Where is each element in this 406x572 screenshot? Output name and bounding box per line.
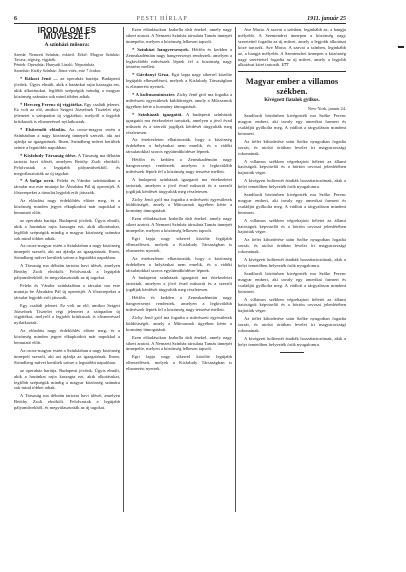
page-header: 6 PESTI HÍRLAP 1911. január 25 — [14, 12, 346, 22]
news-item: * Kisfaludy Társaság ülése. A Társaság m… — [14, 153, 120, 177]
news-item: * A bolga orrú. Feleki és Vándor színház… — [14, 178, 120, 196]
news-item: Zichy Jenő gróf ma fogadta a művészeti e… — [126, 315, 232, 333]
news-item: Egri lapja nagy sikerrel közölte legújab… — [126, 354, 232, 372]
article-paragraph: Az ítélet kihirdetése után Szőke nyugodt… — [238, 139, 346, 157]
news-item: A budapesti színházak igazgatói ma értek… — [126, 177, 232, 195]
article-paragraph: Az ítélet kihirdetése után Szőke nyugodt… — [238, 316, 346, 334]
section-rule — [238, 71, 346, 72]
news-item: Az értekezleten elhatározták, hogy a köz… — [126, 256, 232, 274]
news-item: Ave Maria. A szavai a színben, leginkább… — [238, 27, 346, 68]
news-item: Ezen előadásokon Izabella dalt énekel, a… — [126, 335, 232, 353]
article-paragraph: A kivégzett holttestét átadták hozzátart… — [238, 178, 346, 190]
news-item: Hétfőn és kedden a Zeneakadémián nagy ha… — [126, 157, 232, 175]
page-reference: 177 — [282, 62, 289, 67]
page-number: 6 — [14, 16, 17, 22]
playbill: Szerda: Nemzeti Színház, esküvő. Erkel: … — [14, 52, 120, 73]
column-right: Ave Maria. A szavai a színben, leginkább… — [238, 27, 346, 512]
news-item: * A kultuszminiszter. Zichy Jenő gróf ma… — [126, 92, 232, 110]
news-item: A budapesti színházak igazgatói ma értek… — [126, 275, 232, 293]
article-paragraph: A kivégzett holttestét átadták hozzátart… — [238, 257, 346, 269]
column-divider — [235, 27, 236, 512]
news-item: az operaház barátja. Budapesti jövőnk. Ú… — [14, 218, 120, 242]
article-paragraph: A villamos székben végrehajtott ítéletet… — [238, 218, 346, 236]
newspaper-page: 6 PESTI HÍRLAP 1911. január 25 IRODALOM … — [14, 12, 346, 512]
news-item: A Társaság ma délután tartotta havi ülés… — [14, 393, 120, 411]
news-item: Az értekezleten elhatározták, hogy a köz… — [126, 137, 232, 155]
scan-mark — [398, 46, 404, 48]
column-middle: Ezen előadásokon Izabella dalt énekel, a… — [126, 27, 232, 512]
article-title: Magyar ember a villamos székben. — [238, 76, 346, 96]
news-item: * Elsőrendű előadás. Az orosz-magyar est… — [14, 127, 120, 151]
article-paragraph: A villamos székben végrehajtott ítéletet… — [238, 297, 346, 315]
news-item: Az előadást nagy érdeklődés előzte meg, … — [14, 198, 120, 216]
article-paragraph: A kivégzett holttestét átadták hozzátart… — [238, 336, 346, 348]
article-paragraph: Az ítélet kihirdetése után Szőke nyugodt… — [238, 237, 346, 255]
masthead: PESTI HÍRLAP — [136, 16, 187, 22]
playbill-line: Szombat: Király Színház: János vitéz, es… — [14, 68, 120, 73]
news-item: Zichy Jenő gróf ma fogadta a művészeti e… — [126, 197, 232, 215]
news-item: Feleki és Vándor színházában a társulat … — [14, 283, 120, 301]
news-item: Az orosz-magyar estén a Színházban a nag… — [14, 243, 120, 261]
article-paragraph: Sandfordi börtönben kivégezték ma Szőke … — [238, 113, 346, 137]
news-item: * Színházak igazgatói. A budapesti szính… — [126, 112, 232, 136]
issue-date: 1911. január 25 — [307, 16, 346, 22]
article-paragraph: Sandfordi börtönben kivégezték ma Szőke … — [238, 271, 346, 295]
news-item: Ezen előadásokon Izabella dalt énekel, a… — [126, 27, 232, 45]
header-rule — [14, 23, 346, 24]
news-item: Az orosz-magyar estén a Színházban a nag… — [14, 348, 120, 366]
column-divider — [123, 27, 124, 512]
article-paragraph: A villamos székben végrehajtott ítéletet… — [238, 159, 346, 177]
section-title: IRODALOM ÉS MŰVÉSZET. — [14, 28, 120, 40]
news-item: Hétfőn és kedden a Zeneakadémián nagy ha… — [126, 295, 232, 313]
article-subtitle: Kivégzett fiatalok gyilkos. — [238, 98, 346, 104]
section-subtitle: A színházi műsora: — [14, 43, 120, 49]
news-item: az operaház barátja. Budapesti jövőnk. Ú… — [14, 368, 120, 392]
column-left: IRODALOM ÉS MŰVÉSZET. A színházi műsora:… — [14, 27, 120, 512]
news-item: * Herczeg Ferenc új vígjátéka. Egy csalá… — [14, 102, 120, 126]
news-item: * Rákosi Jenő — az operaház barátja. Bud… — [14, 76, 120, 100]
news-item: * Színházi hangversenyek. Hétfőn és kedd… — [126, 47, 232, 71]
playbill-line: Szerda: Nemzeti Színház, esküvő. Erkel: … — [14, 52, 120, 63]
news-item: * Gárdonyi Géza. Egri lapja nagy sikerre… — [126, 72, 232, 90]
article-dateline: New-York, január 24. — [238, 106, 346, 112]
news-item: Ezen előadásokon Izabella dalt énekel, a… — [126, 216, 232, 234]
news-item: Egy családi jelenet. Ez volt az elő, ami… — [14, 303, 120, 327]
news-item: A Társaság ma délután tartotta havi ülés… — [14, 263, 120, 281]
news-item: Egri lapja nagy sikerrel közölte legújab… — [126, 236, 232, 254]
news-item: Az előadást nagy érdeklődés előzte meg, … — [14, 328, 120, 346]
article-end-rule — [280, 352, 304, 353]
article-paragraph: Sandfordi börtönben kivégezték ma Szőke … — [238, 192, 346, 216]
